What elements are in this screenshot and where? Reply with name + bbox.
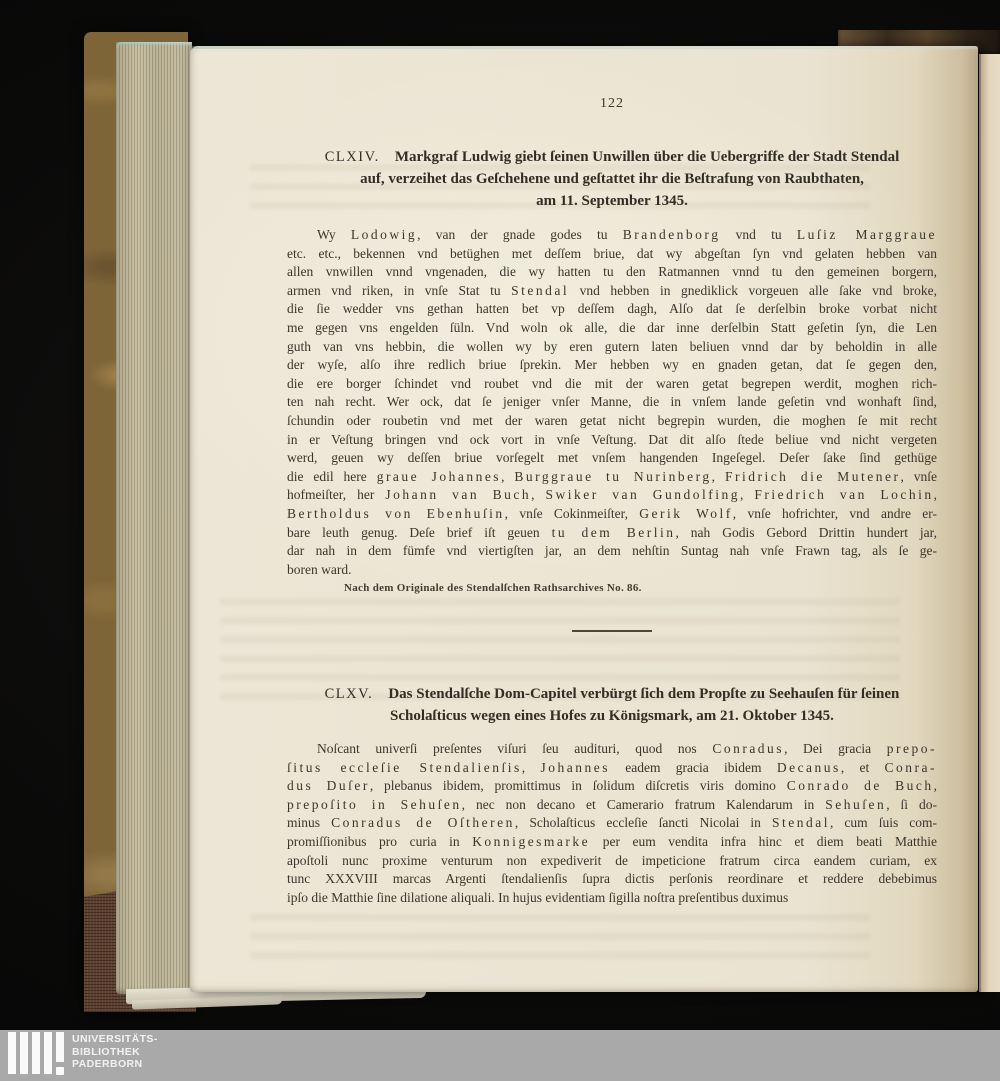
text-line: boren ward. <box>287 561 937 580</box>
bleed-through <box>250 914 870 966</box>
text-line: dar nah in dem fümfe vnd viertigſten jar… <box>287 542 937 561</box>
page-number: 122 <box>287 96 937 112</box>
text-line: die edil here graue Johannes, Burggraue … <box>287 468 937 487</box>
document-body-clxiv: Wy Lodowig, van der gnade godes tu Brand… <box>287 226 937 579</box>
book-scan-photo: 122 CLXIV.Markgraf Ludwig giebt ſeinen U… <box>0 0 1000 1081</box>
library-logo-bars-icon <box>8 1032 66 1078</box>
text-line: die ſie wedder vns gethan hatten bet vp … <box>287 300 937 319</box>
section-divider-rule <box>572 630 652 632</box>
library-name-line: UNIVERSITÄTS- <box>72 1033 158 1046</box>
text-line: armen vnd riken, in vnſe Stat tu Stendal… <box>287 282 937 301</box>
text-line: guth van vns hebbin, die wollen wy by er… <box>287 338 937 357</box>
viewer-bottom-bar: UNIVERSITÄTS- BIBLIOTHEK PADERBORN <box>0 1030 1000 1081</box>
text-line: minus Conradus de Oſtheren, Scholaſticus… <box>287 814 937 833</box>
heading-line: Scholaſticus wegen eines Hofes zu Königs… <box>287 705 937 727</box>
text-line: dus Duſer, plebanus ibidem, promittimus … <box>287 777 937 796</box>
text-line: ſchundin oder roubetin vnd met der waren… <box>287 412 937 431</box>
text-line: der wyſe, alſo ihre redlich briue ſpreki… <box>287 356 937 375</box>
text-line: die ere borger ſchindet vnd roubet vnd d… <box>287 375 937 394</box>
library-logo: UNIVERSITÄTS- BIBLIOTHEK PADERBORN <box>8 1032 158 1078</box>
library-name-line: BIBLIOTHEK <box>72 1046 158 1059</box>
page-stack-edges <box>116 42 192 994</box>
text-line: hofmeiſter, her Johann van Buch, Swiker … <box>287 486 937 505</box>
text-line: apoſtoli nunc proxime venturum non exped… <box>287 852 937 871</box>
text-line: werd, geuen wy deſſen briue vorſegelt me… <box>287 449 937 468</box>
text-line: tunc XXXVIII marcas Argenti ſtendalienſi… <box>287 870 937 889</box>
source-note: Nach dem Originale des Stendalſchen Rath… <box>344 582 642 594</box>
heading-line: CLXV.Das Stendalſche Dom-Capitel verbürg… <box>287 683 937 705</box>
text-line: in er Veſtung bringen vnd ock vort in vn… <box>287 431 937 450</box>
text-line: ipſo die Matthie ſine dilatione aliquali… <box>287 889 937 908</box>
page-surface: 122 CLXIV.Markgraf Ludwig giebt ſeinen U… <box>190 46 978 992</box>
text-line: ſitus eccleſie Stendalienſis, Johannes e… <box>287 759 937 778</box>
text-line: bare leuth genug. Deſe brief iſt geuen t… <box>287 524 937 543</box>
text-line: prepoſito in Sehuſen, nec non decano et … <box>287 796 937 815</box>
library-logo-text: UNIVERSITÄTS- BIBLIOTHEK PADERBORN <box>72 1032 158 1078</box>
heading-line: CLXIV.Markgraf Ludwig giebt ſeinen Unwil… <box>287 146 937 168</box>
heading-text: Markgraf Ludwig giebt ſeinen Unwillen üb… <box>395 149 899 165</box>
text-line: me gegen vns engelden ſüln. Vnd woln ok … <box>287 319 937 338</box>
heading-line: am 11. September 1345. <box>287 190 937 212</box>
text-line: Noſcant univerſi preſentes viſuri ſeu au… <box>287 740 937 759</box>
document-number: CLXV. <box>325 686 374 702</box>
text-line: etc. etc., bekennen vnd betüghen met deſ… <box>287 245 937 264</box>
text-line: ten nah recht. Wer ock, dat ſe jeniger v… <box>287 393 937 412</box>
document-heading-clxiv: CLXIV.Markgraf Ludwig giebt ſeinen Unwil… <box>287 146 937 212</box>
heading-text: Das Stendalſche Dom-Capitel verbürgt ſic… <box>388 686 899 702</box>
library-name-line: PADERBORN <box>72 1058 158 1071</box>
heading-line: auf, verzeihet das Geſchehene und geſtat… <box>287 168 937 190</box>
text-line: Wy Lodowig, van der gnade godes tu Brand… <box>287 226 937 245</box>
document-heading-clxv: CLXV.Das Stendalſche Dom-Capitel verbürg… <box>287 683 937 727</box>
text-line: promiſſionibus pro curia in Konnigesmark… <box>287 833 937 852</box>
text-line: allen vnwillen vnnd vngenaden, die wy ha… <box>287 263 937 282</box>
document-body-clxv: Noſcant univerſi preſentes viſuri ſeu au… <box>287 740 937 907</box>
document-number: CLXIV. <box>325 149 380 165</box>
text-line: Bertholdus von Ebenhuſin, vnſe Cokinmeiſ… <box>287 505 937 524</box>
facing-page-sliver <box>979 54 1000 992</box>
